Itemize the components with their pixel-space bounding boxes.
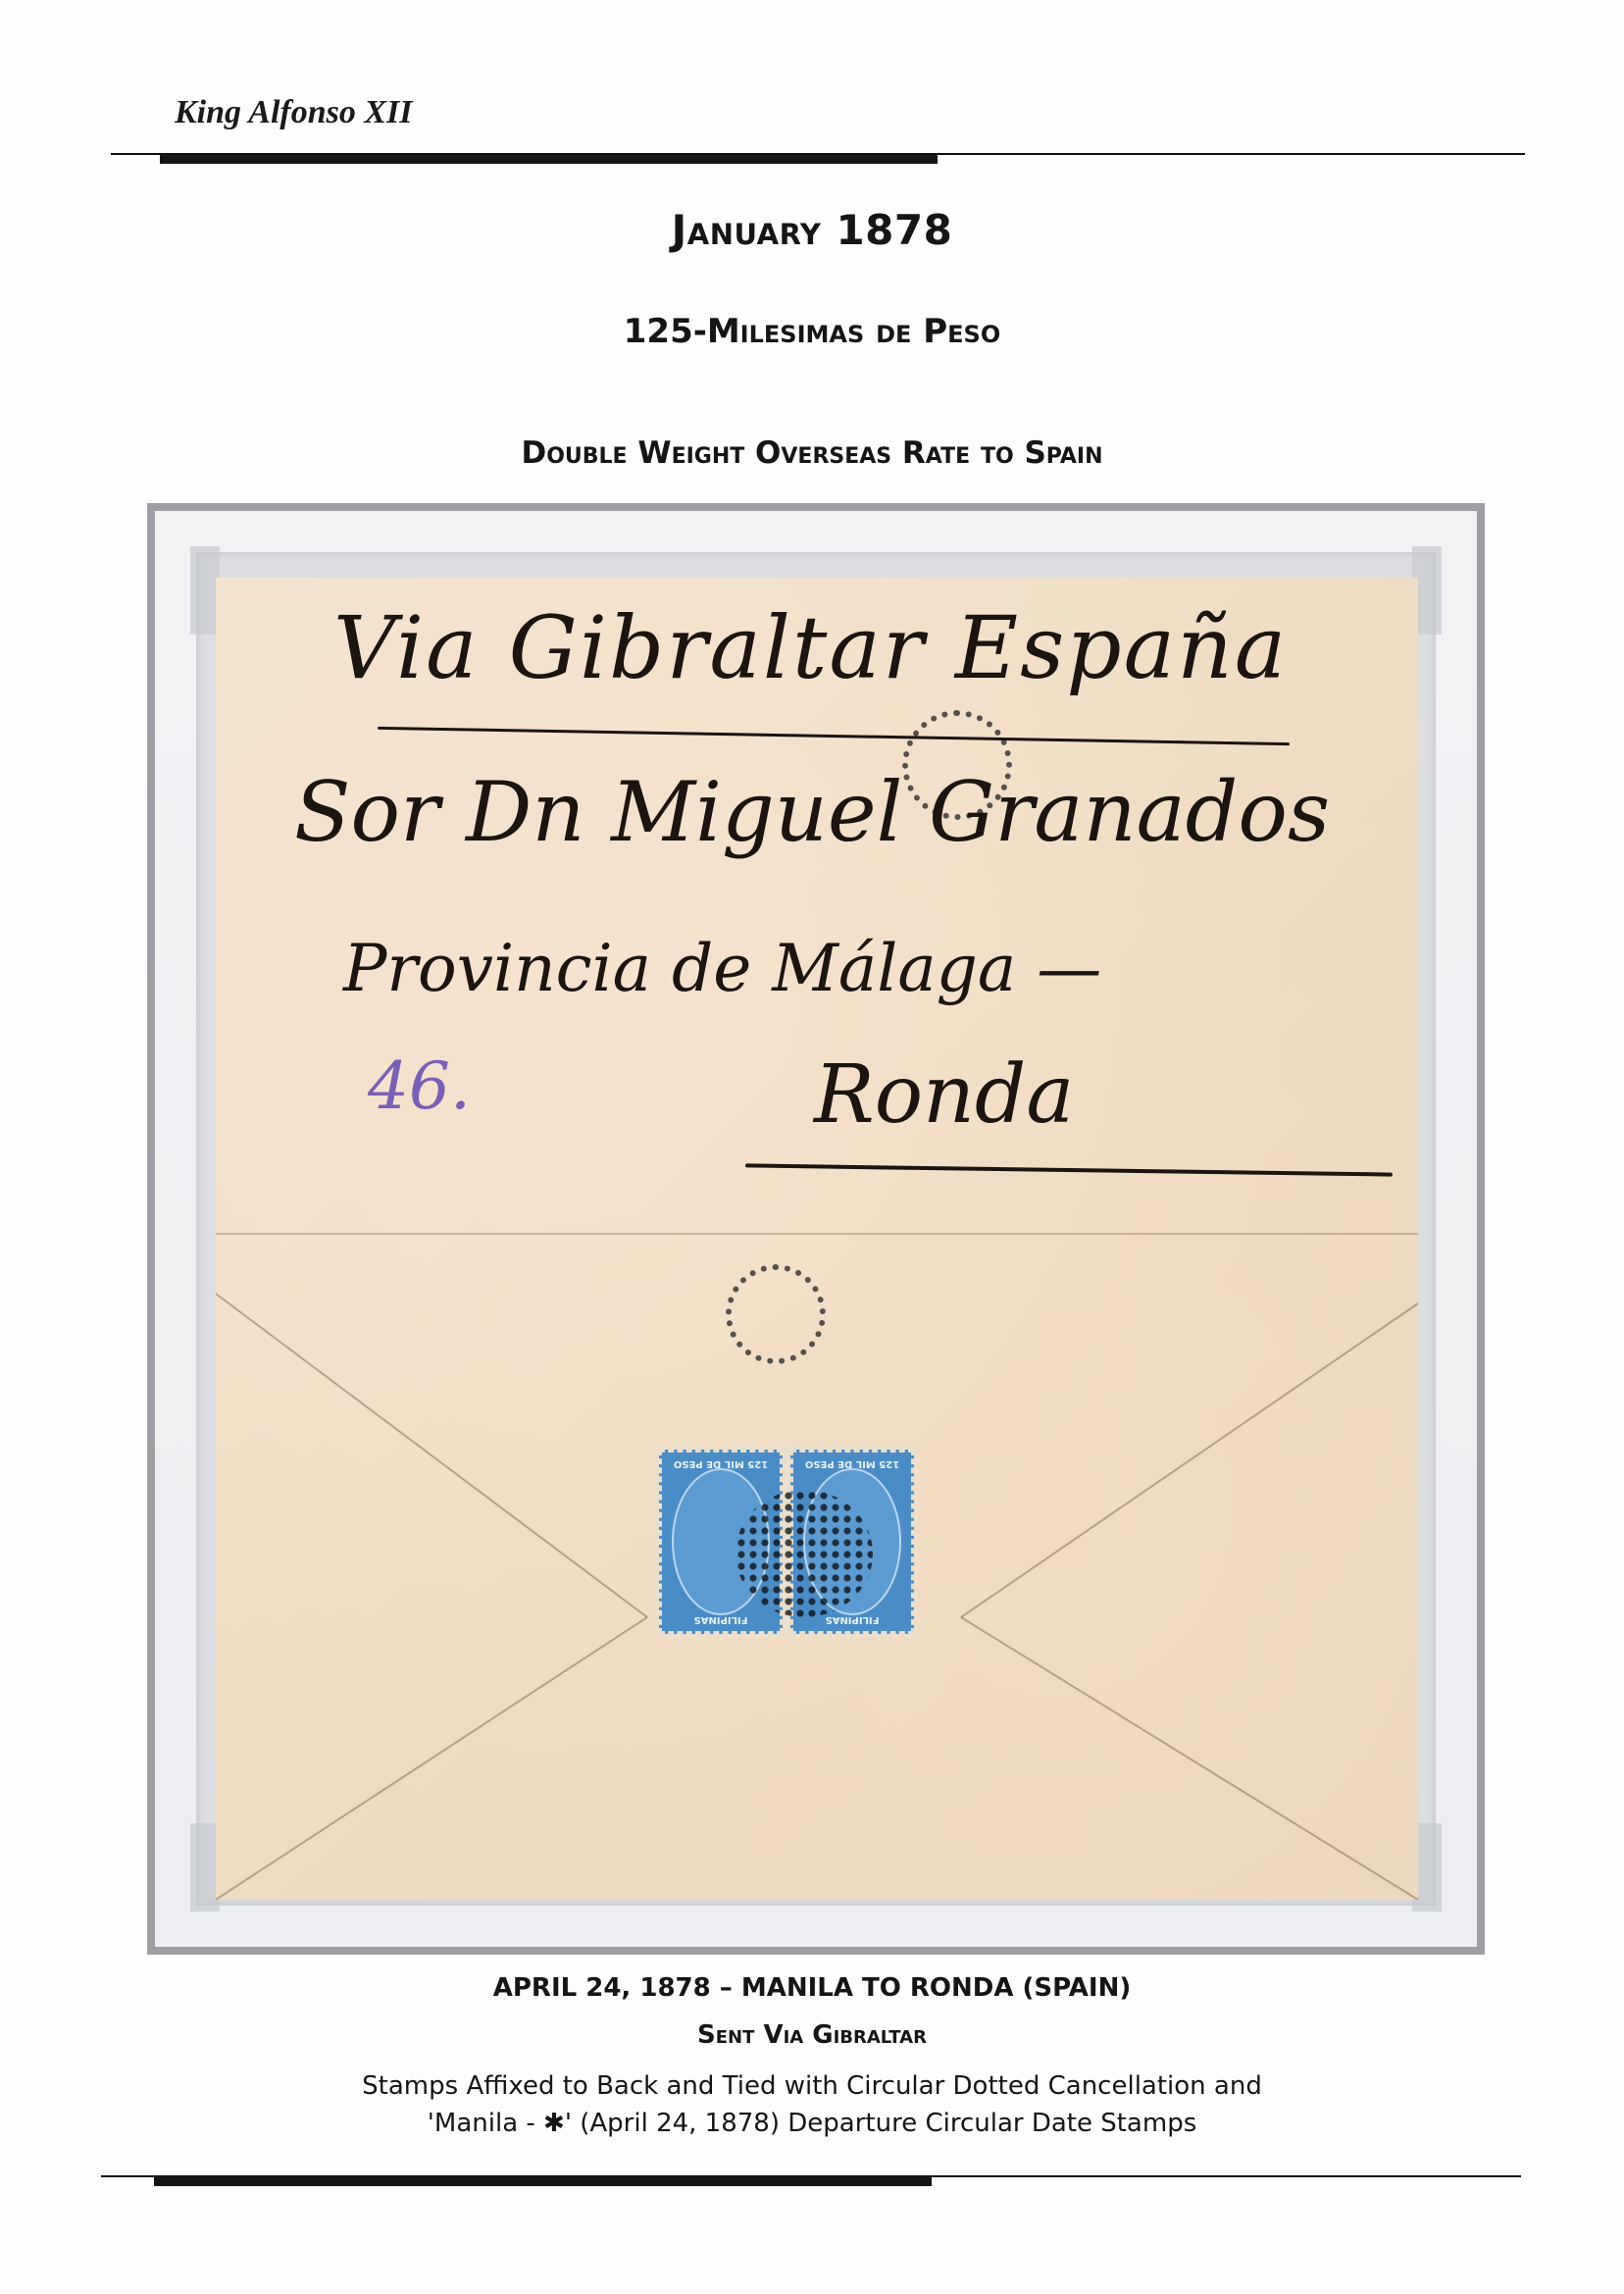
- manuscript-addressee: Sor Dn Miguel Granados: [294, 764, 1330, 860]
- dotted-cancellation: [736, 1490, 873, 1617]
- caption-date-route: APRIL 24, 1878 – MANILA TO RONDA (SPAIN): [0, 1973, 1624, 2003]
- cover-mount-frame: Via Gibraltar España Sor Dn Miguel Grana…: [147, 503, 1485, 1955]
- manuscript-town: Ronda: [814, 1048, 1074, 1142]
- manuscript-province: Provincia de Málaga —: [343, 931, 1101, 1006]
- caption-routing: Sent Via Gibraltar: [0, 2020, 1624, 2050]
- rate-heading: Double Weight Overseas Rate to Spain: [0, 435, 1624, 471]
- backstamp-date-stamp: [726, 1264, 826, 1364]
- manuscript-route: Via Gibraltar España: [333, 597, 1288, 698]
- album-page-header: King Alfonso XII: [175, 94, 413, 131]
- page-title: January 1878: [0, 206, 1624, 254]
- caption-description: Stamps Affixed to Back and Tied with Cir…: [0, 2067, 1624, 2142]
- envelope-cover: Via Gibraltar España Sor Dn Miguel Grana…: [216, 578, 1418, 1900]
- fold-line: [216, 1233, 1418, 1235]
- page-subtitle: 125-Milesimas de Peso: [0, 312, 1624, 351]
- purple-rate-marking: 46.: [368, 1048, 471, 1124]
